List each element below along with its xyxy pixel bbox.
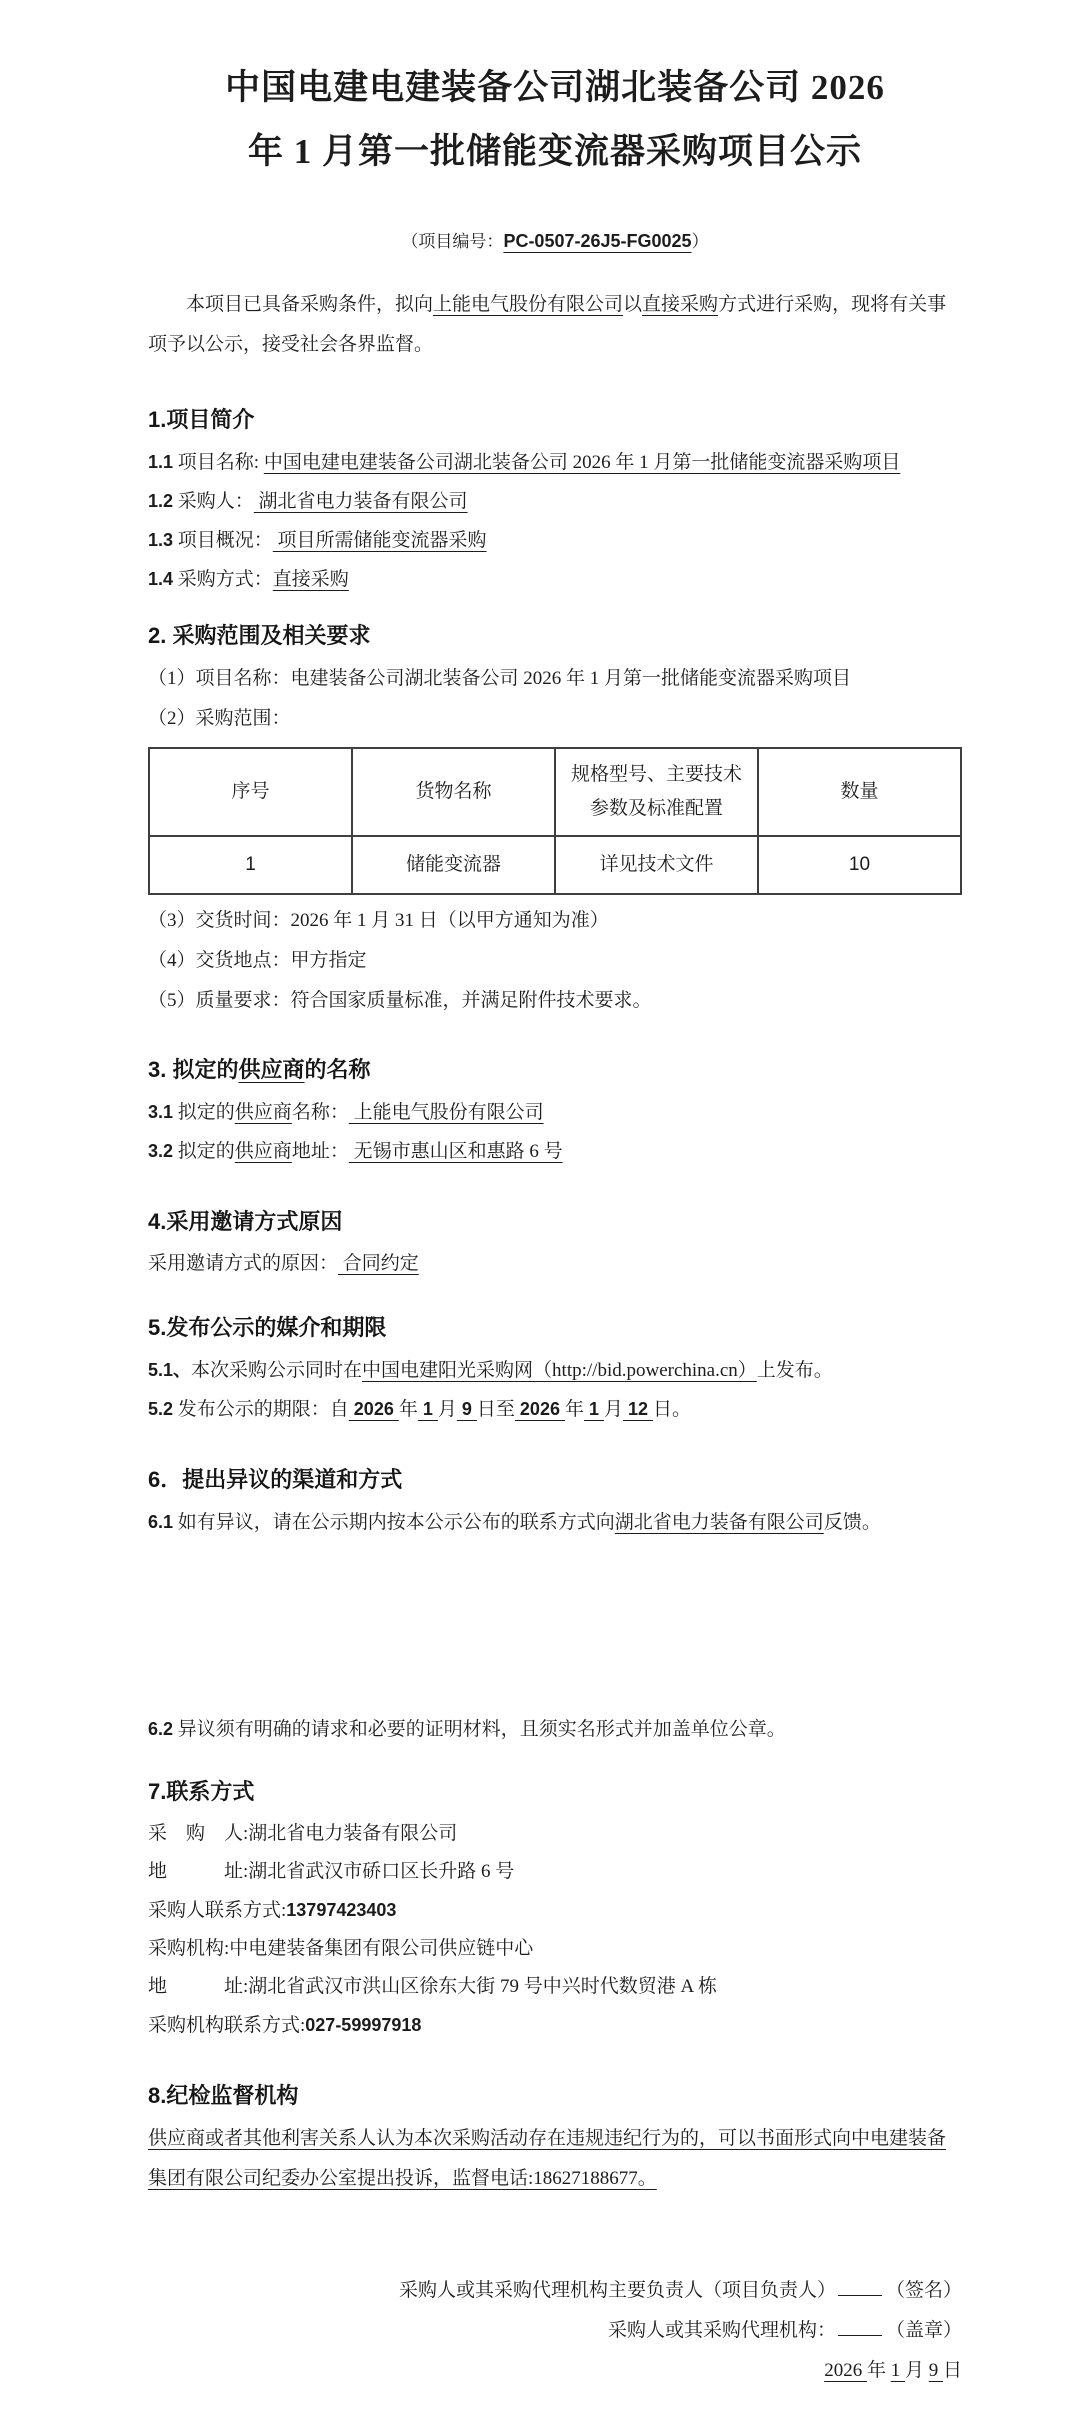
date-text: 年 bbox=[399, 1399, 418, 1420]
signature-pre: 采购人或其采购代理机构： bbox=[608, 2320, 836, 2341]
item-number: 6.1 bbox=[148, 1512, 173, 1532]
date-day: 9 bbox=[929, 2360, 943, 2381]
section2-heading: 2. 采购范围及相关要求 bbox=[148, 621, 962, 651]
contact-phone-number: 027-59997918 bbox=[305, 2015, 421, 2035]
item-pre: 如有异议，请在公示期内按本公示公布的联系方式向 bbox=[173, 1512, 615, 1533]
end-month: 1 bbox=[584, 1399, 604, 1419]
start-day: 9 bbox=[457, 1399, 477, 1419]
item-number: 1.3 bbox=[148, 530, 173, 550]
end-year: 2026 bbox=[515, 1399, 565, 1419]
item-pre: 发布公示的期限：自 bbox=[173, 1399, 349, 1420]
table-header-row: 序号 货物名称 规格型号、主要技术 参数及标准配置 数量 bbox=[149, 748, 961, 836]
cell-serial: 1 bbox=[149, 836, 352, 894]
heading-supplier-underlined: 供应商 bbox=[238, 1057, 304, 1082]
publish-period-item: 5.2 发布公示的期限：自 2026 年 1 月 9 日至 2026 年 1 月… bbox=[148, 1390, 962, 1429]
date-text: 日。 bbox=[653, 1399, 691, 1420]
item-label: 项目名称: bbox=[173, 452, 264, 473]
item-number: 1.1 bbox=[148, 452, 173, 472]
project-number-close: ） bbox=[692, 232, 709, 251]
item-post: 反馈。 bbox=[824, 1512, 881, 1533]
item-label: 采购人： bbox=[173, 491, 254, 512]
project-number-line: （项目编号：PC-0507-26J5-FG0025） bbox=[148, 228, 962, 255]
contact-value: 湖北省武汉市洪山区徐东大街 79 号中兴时代数贸港 A 栋 bbox=[248, 1976, 717, 1997]
scope-label: （2）采购范围： bbox=[148, 699, 962, 739]
section4-heading: 4.采用邀请方式原因 bbox=[148, 1207, 962, 1237]
project-overview-value: 项目所需储能变流器采购 bbox=[273, 530, 487, 551]
item-pre: 拟定的 bbox=[173, 1141, 235, 1162]
item-number: 6.2 bbox=[148, 1719, 173, 1739]
publish-media-item: 5.1、本次采购公示同时在中国电建阳光采购网（http://bid.powerc… bbox=[148, 1351, 962, 1390]
objection-channel-item: 6.1 如有异议，请在公示期内按本公示公布的联系方式向湖北省电力装备有限公司反馈… bbox=[148, 1503, 962, 1542]
document-title: 中国电建电建装备公司湖北装备公司 2026 年 1 月第一批储能变流器采购项目公… bbox=[148, 56, 962, 184]
purchaser-value: 湖北省电力装备有限公司 bbox=[254, 491, 468, 512]
supplier-word-underlined: 供应商 bbox=[235, 1141, 292, 1162]
title-line-1: 中国电建电建装备公司湖北装备公司 2026 bbox=[148, 56, 962, 120]
signature-line-agency-seal: 采购人或其采购代理机构：（盖章） bbox=[148, 2311, 962, 2351]
signature-pre: 采购人或其采购代理机构主要负责人（项目负责人） bbox=[399, 2280, 836, 2301]
heading-post: 的名称 bbox=[304, 1057, 370, 1082]
intro-mid: 以 bbox=[623, 294, 642, 315]
signature-post: （盖章） bbox=[886, 2320, 962, 2341]
contact-agency-phone: 采购机构联系方式:027-59997918 bbox=[148, 2006, 962, 2045]
item-number: 5.2 bbox=[148, 1399, 173, 1419]
supplier-address-item: 3.2 拟定的供应商地址： 无锡市惠山区和惠路 6 号 bbox=[148, 1132, 962, 1171]
contact-agency-address: 地 址:湖北省武汉市洪山区徐东大街 79 号中兴时代数贸港 A 栋 bbox=[148, 1968, 962, 2006]
date-text: 日至 bbox=[477, 1399, 515, 1420]
title-line-2: 年 1 月第一批储能变流器采购项目公示 bbox=[148, 120, 962, 184]
contact-purchaser: 采 购 人:湖北省电力装备有限公司 bbox=[148, 1815, 962, 1853]
cell-goods-name: 储能变流器 bbox=[352, 836, 555, 894]
supplier-address-value: 无锡市惠山区和惠路 6 号 bbox=[349, 1141, 563, 1162]
document-body: 中国电建电建装备公司湖北装备公司 2026 年 1 月第一批储能变流器采购项目公… bbox=[0, 0, 1080, 2391]
project-name-value: 中国电建电建装备公司湖北装备公司 2026 年 1 月第一批储能变流器采购项目 bbox=[264, 452, 901, 473]
table-row: 1 储能变流器 详见技术文件 10 bbox=[149, 836, 961, 894]
date-text: 月 bbox=[438, 1399, 457, 1420]
section1-heading: 1.项目简介 bbox=[148, 405, 962, 435]
delivery-place: （4）交货地点：甲方指定 bbox=[148, 941, 962, 981]
cell-quantity: 10 bbox=[758, 836, 961, 894]
reason-label: 采用邀请方式的原因： bbox=[148, 1253, 338, 1274]
section6-heading: 6．提出异议的渠道和方式 bbox=[148, 1465, 962, 1495]
col-header-goods-name: 货物名称 bbox=[352, 748, 555, 836]
cell-spec: 详见技术文件 bbox=[555, 836, 758, 894]
quality-requirement: （5）质量要求：符合国家质量标准，并满足附件技术要求。 bbox=[148, 981, 962, 1021]
date-text: 日 bbox=[943, 2360, 962, 2381]
section5-heading: 5.发布公示的媒介和期限 bbox=[148, 1313, 962, 1343]
item-mid: 名称： bbox=[292, 1102, 349, 1123]
feedback-company-underlined: 湖北省电力装备有限公司 bbox=[615, 1512, 824, 1533]
contact-label: 地 址: bbox=[148, 1976, 248, 1997]
start-year: 2026 bbox=[349, 1399, 399, 1419]
contact-label: 采 购 人: bbox=[148, 1823, 248, 1844]
contact-label: 采购机构联系方式: bbox=[148, 2015, 305, 2036]
purchaser-item: 1.2 采购人： 湖北省电力装备有限公司 bbox=[148, 482, 962, 521]
intro-pre: 本项目已具备采购条件，拟向 bbox=[186, 294, 433, 315]
contact-agency: 采购机构:中电建装备集团有限公司供应链中心 bbox=[148, 1930, 962, 1968]
contact-purchaser-phone: 采购人联系方式:13797423403 bbox=[148, 1891, 962, 1930]
start-month: 1 bbox=[418, 1399, 438, 1419]
objection-material-item: 6.2 异议须有明确的请求和必要的证明材料，且须实名形式并加盖单位公章。 bbox=[148, 1710, 962, 1749]
col-header-serial: 序号 bbox=[149, 748, 352, 836]
procurement-method-item: 1.4 采购方式：直接采购 bbox=[148, 560, 962, 599]
signature-block: 采购人或其采购代理机构主要负责人（项目负责人）（签名） 采购人或其采购代理机构：… bbox=[148, 2271, 962, 2391]
seal-blank bbox=[838, 2317, 882, 2336]
invitation-reason-item: 采用邀请方式的原因： 合同约定 bbox=[148, 1245, 962, 1283]
procurement-announcement-page: { "colors": { "text": "#1c1c1c", "backgr… bbox=[0, 0, 1080, 2416]
contact-label: 采购机构: bbox=[148, 1938, 229, 1959]
item-text: 异议须有明确的请求和必要的证明材料，且须实名形式并加盖单位公章。 bbox=[173, 1719, 786, 1740]
intro-supplier-name: 上能电气股份有限公司 bbox=[433, 294, 623, 315]
item-mid: 地址： bbox=[292, 1141, 349, 1162]
date-year: 2026 bbox=[824, 2360, 867, 2381]
item-pre: 本次采购公示同时在 bbox=[191, 1360, 362, 1381]
reason-value: 合同约定 bbox=[338, 1253, 419, 1274]
date-text: 年 bbox=[565, 1399, 584, 1420]
delivery-time: （3）交货时间：2026 年 1 月 31 日（以甲方通知为准） bbox=[148, 901, 962, 941]
contact-value: 中电建装备集团有限公司供应链中心 bbox=[229, 1938, 533, 1959]
item-number: 3.2 bbox=[148, 1141, 173, 1161]
item-number: 5.1、 bbox=[148, 1360, 191, 1380]
item-number: 1.4 bbox=[148, 569, 173, 589]
contact-purchaser-address: 地 址:湖北省武汉市硚口区长升路 6 号 bbox=[148, 1853, 962, 1891]
publish-site-link-text: 中国电建阳光采购网（http://bid.powerchina.cn） bbox=[362, 1360, 757, 1381]
item-label: 项目概况： bbox=[173, 530, 273, 551]
supplier-word-underlined: 供应商 bbox=[235, 1102, 292, 1123]
contact-label: 采购人联系方式: bbox=[148, 1900, 286, 1921]
date-text: 月 bbox=[604, 1399, 623, 1420]
date-month: 1 bbox=[891, 2360, 905, 2381]
signature-date: 2026 年 1 月 9 日 bbox=[148, 2351, 962, 2391]
project-number-label: （项目编号： bbox=[401, 232, 503, 251]
contact-label: 地 址: bbox=[148, 1861, 248, 1882]
section8-heading: 8.纪检监督机构 bbox=[148, 2081, 962, 2111]
signature-blank bbox=[838, 2277, 882, 2296]
scope-project-name: （1）项目名称：电建装备公司湖北装备公司 2026 年 1 月第一批储能变流器采… bbox=[148, 659, 962, 699]
col-header-spec: 规格型号、主要技术 参数及标准配置 bbox=[555, 748, 758, 836]
supervision-text-underlined: 供应商或者其他利害关系人认为本次采购活动存在违规违纪行为的，可以书面形式向中电建… bbox=[148, 2128, 946, 2189]
intro-procurement-method: 直接采购 bbox=[642, 294, 718, 315]
contact-phone-number: 13797423403 bbox=[286, 1900, 396, 1920]
col-header-quantity: 数量 bbox=[758, 748, 961, 836]
item-number: 3.1 bbox=[148, 1102, 173, 1122]
end-day: 12 bbox=[623, 1399, 653, 1419]
date-text: 年 bbox=[867, 2360, 891, 2381]
section3-heading: 3. 拟定的供应商的名称 bbox=[148, 1055, 962, 1085]
section7-heading: 7.联系方式 bbox=[148, 1777, 962, 1807]
project-overview-item: 1.3 项目概况： 项目所需储能变流器采购 bbox=[148, 521, 962, 560]
project-name-item: 1.1 项目名称: 中国电建电建装备公司湖北装备公司 2026 年 1 月第一批… bbox=[148, 443, 962, 482]
heading-pre: 3. 拟定的 bbox=[148, 1057, 238, 1082]
procurement-method-value: 直接采购 bbox=[273, 569, 349, 590]
signature-post: （签名） bbox=[886, 2280, 962, 2301]
supplier-name-value: 上能电气股份有限公司 bbox=[349, 1102, 544, 1123]
intro-paragraph: 本项目已具备采购条件，拟向上能电气股份有限公司以直接采购方式进行采购，现将有关事… bbox=[148, 285, 962, 365]
date-text: 月 bbox=[905, 2360, 929, 2381]
item-post: 上发布。 bbox=[757, 1360, 833, 1381]
item-number: 1.2 bbox=[148, 491, 173, 511]
item-label: 采购方式： bbox=[173, 569, 273, 590]
signature-line-responsible: 采购人或其采购代理机构主要负责人（项目负责人）（签名） bbox=[148, 2271, 962, 2311]
procurement-scope-table: 序号 货物名称 规格型号、主要技术 参数及标准配置 数量 1 储能变流器 详见技… bbox=[148, 747, 962, 895]
contact-value: 湖北省电力装备有限公司 bbox=[248, 1823, 457, 1844]
discipline-supervision-paragraph: 供应商或者其他利害关系人认为本次采购活动存在违规违纪行为的，可以书面形式向中电建… bbox=[148, 2119, 962, 2199]
item-pre: 拟定的 bbox=[173, 1102, 235, 1123]
supplier-name-item: 3.1 拟定的供应商名称： 上能电气股份有限公司 bbox=[148, 1093, 962, 1132]
project-number-code: PC-0507-26J5-FG0025 bbox=[503, 231, 691, 251]
contact-value: 湖北省武汉市硚口区长升路 6 号 bbox=[248, 1861, 514, 1882]
